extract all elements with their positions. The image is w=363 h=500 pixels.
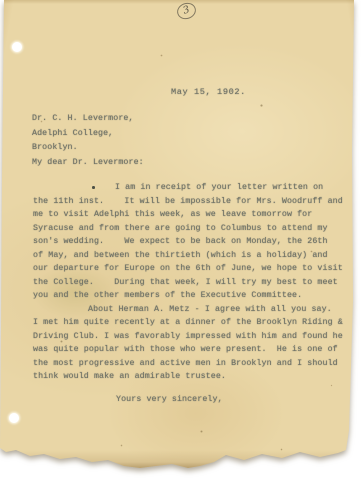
scanned-letter-viewport: 3 May 15, 1902. Dr. C. H. Levermore, Ade… <box>0 0 363 500</box>
body-line: think would make an admirable trustee. <box>33 370 343 384</box>
letter-date: May 15, 1902. <box>171 87 246 97</box>
page-number-annotation: 3 <box>175 0 198 21</box>
body-line: Driving Club. I was favorably impressed … <box>33 330 343 344</box>
body-line: I met him quite recently at a dinner of … <box>33 316 343 330</box>
body-line: son's wedding. We expect to be back on M… <box>33 235 343 249</box>
body-line: the College. During that week, I will tr… <box>33 276 343 290</box>
body-line: was quite popular with those who were pr… <box>33 343 343 357</box>
body-line: About Herman A. Metz - I agree with all … <box>33 303 343 317</box>
body-line: of May, and between the thirtieth (which… <box>33 249 343 263</box>
recipient-name: Dr. C. H. Levermore, <box>32 112 144 127</box>
body-line: you and the other members of the Executi… <box>33 289 343 303</box>
closing: Yours very sincerely, <box>116 395 223 404</box>
salutation: My dear Dr. Levermore: <box>32 156 144 171</box>
body-line: the 11th inst. It will be impossible for… <box>33 195 343 209</box>
recipient-institution: Adelphi College, <box>32 127 144 142</box>
letter-body: I am in receipt of your letter written o… <box>33 181 343 384</box>
letter-page: 3 May 15, 1902. Dr. C. H. Levermore, Ade… <box>0 0 356 470</box>
body-line: I am in receipt of your letter written o… <box>33 181 343 195</box>
recipient-address-block: Dr. C. H. Levermore, Adelphi College, Br… <box>32 112 144 170</box>
punch-hole-bottom <box>9 413 19 423</box>
recipient-city: Brooklyn. <box>32 141 144 156</box>
body-line: the most progressive and active men in B… <box>33 357 343 371</box>
page-number-text: 3 <box>182 4 191 16</box>
paper-specks <box>92 186 95 189</box>
body-line: our departure for Europe on the 6th of J… <box>33 262 343 276</box>
body-line: me to visit Adelphi this week, as we lea… <box>33 208 343 222</box>
paper-shadow: 3 May 15, 1902. Dr. C. H. Levermore, Ade… <box>0 0 356 472</box>
punch-hole-top <box>12 42 22 52</box>
body-line: Syracuse and from there are going to Col… <box>33 222 343 236</box>
